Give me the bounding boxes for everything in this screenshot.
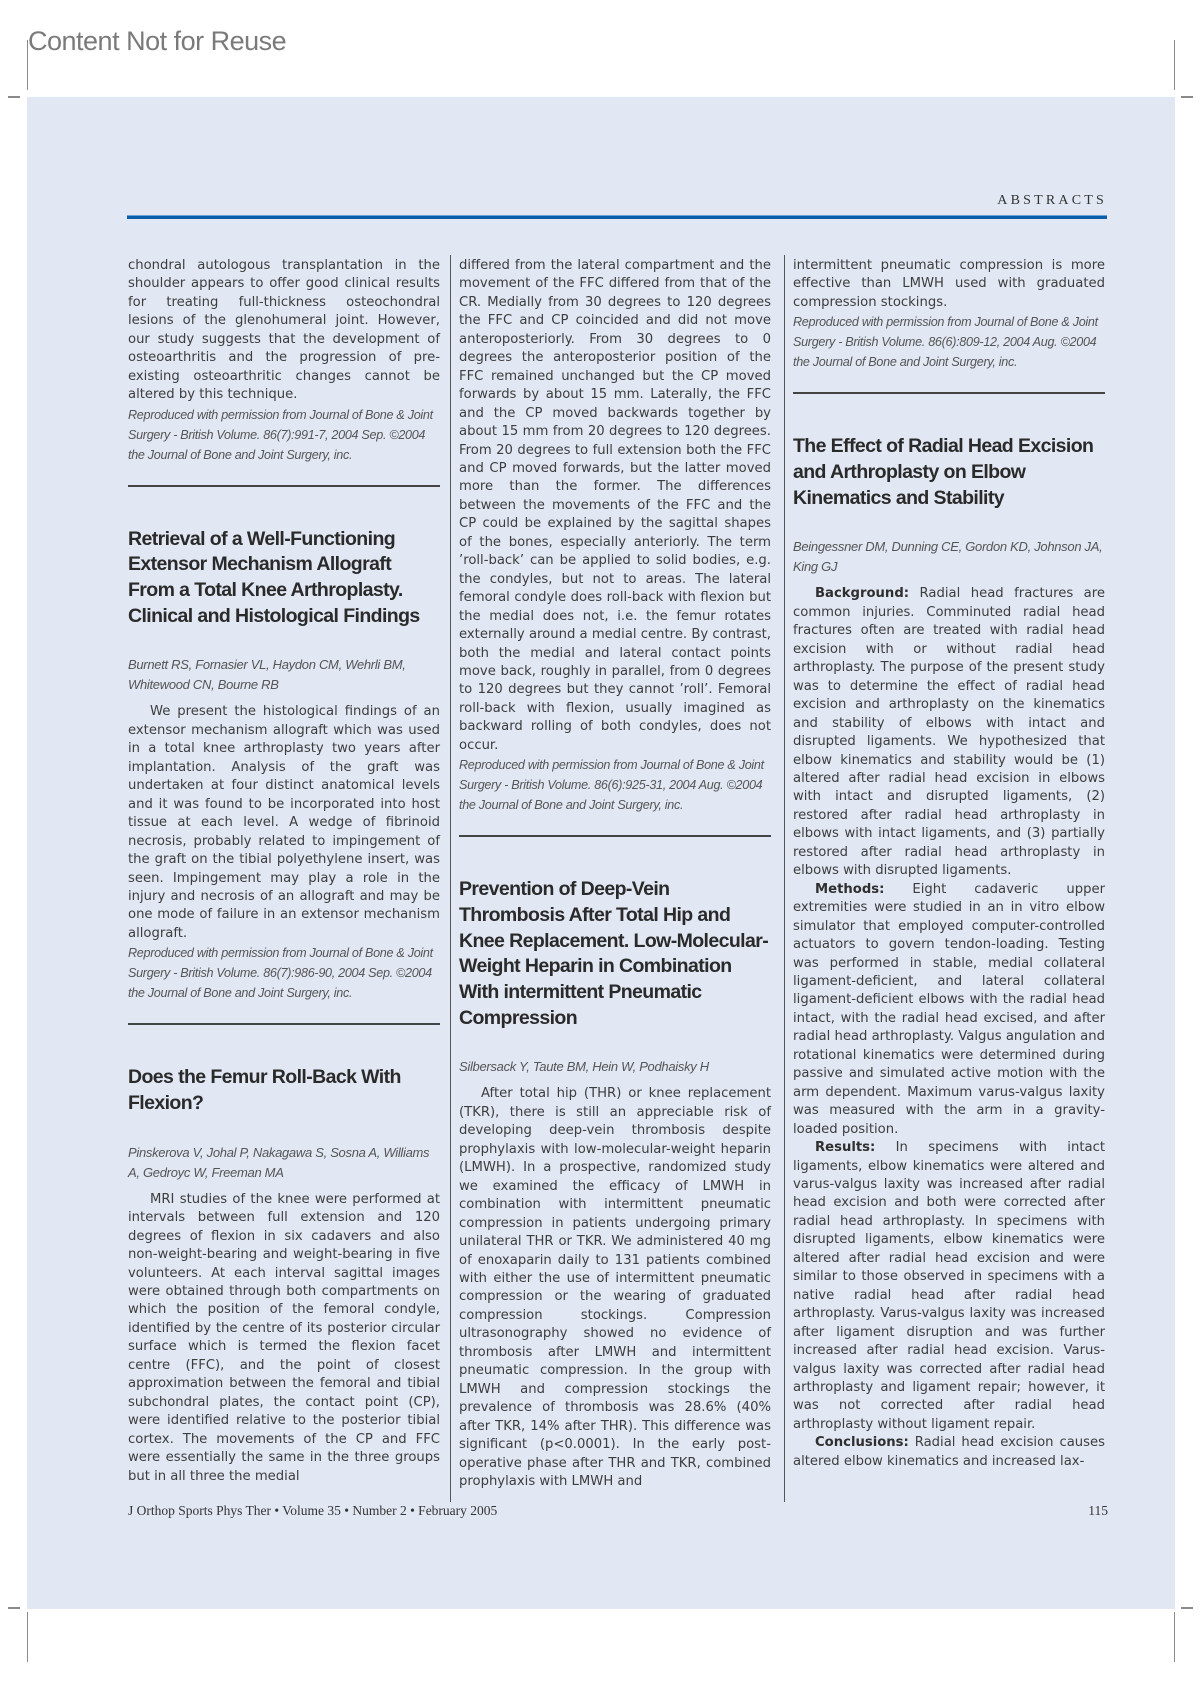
permission-credit: Reproduced with permission from Journal … [459, 755, 771, 815]
running-head: ABSTRACTS [997, 193, 1107, 209]
column-1: chondral autologous transplantation in t… [128, 257, 440, 1486]
article-authors: Beingessner DM, Dunning CE, Gordon KD, J… [793, 537, 1105, 577]
crop-mark [1181, 96, 1193, 98]
crop-mark [27, 1612, 28, 1662]
watermark: Content Not for Reuse [28, 26, 286, 57]
abstract-section-methods: Methods: Eight cadaveric upper extremiti… [793, 881, 1105, 1139]
column-divider [784, 255, 785, 1502]
crop-mark [8, 1607, 20, 1609]
section-separator [793, 392, 1105, 394]
section-separator [128, 1023, 440, 1025]
journal-page: ABSTRACTS chondral autologous transplant… [27, 97, 1175, 1609]
crop-mark [1174, 1612, 1175, 1662]
column-3: intermittent pneumatic compression is mo… [793, 257, 1105, 1471]
section-label: Methods: [815, 882, 884, 897]
page-footer: J Orthop Sports Phys Ther • Volume 35 • … [128, 1503, 1108, 1519]
column-2: differed from the lateral compartment an… [459, 257, 771, 1491]
header-rule [127, 215, 1107, 219]
article-title: Does the Femur Roll-Back With Flexion? [128, 1065, 440, 1116]
crop-mark [1181, 1607, 1193, 1609]
abstract-body: MRI studies of the knee were performed a… [128, 1191, 440, 1486]
abstract-body-continued: differed from the lateral compartment an… [459, 257, 771, 755]
article-authors: Pinskerova V, Johal P, Nakagawa S, Sosna… [128, 1143, 440, 1183]
section-text: Radial head fractures are common injurie… [793, 586, 1105, 878]
article-title: Prevention of Deep-Vein Thrombosis After… [459, 877, 771, 1031]
page-number: 115 [1088, 1503, 1108, 1519]
section-label: Background: [815, 586, 909, 601]
article-authors: Burnett RS, Fornasier VL, Haydon CM, Weh… [128, 655, 440, 695]
permission-credit: Reproduced with permission from Journal … [128, 405, 440, 465]
abstract-section-results: Results: In specimens with intact ligame… [793, 1139, 1105, 1434]
abstract-section-conclusions: Conclusions: Radial head excision causes… [793, 1434, 1105, 1471]
abstract-body: After total hip (THR) or knee replacemen… [459, 1085, 771, 1491]
section-text: Eight cadaveric upper extremities were s… [793, 882, 1105, 1137]
permission-credit: Reproduced with permission from Journal … [793, 312, 1105, 372]
crop-mark [27, 40, 28, 90]
abstract-section-background: Background: Radial head fractures are co… [793, 585, 1105, 880]
article-title: The Effect of Radial Head Excision and A… [793, 434, 1105, 511]
crop-mark [8, 96, 20, 98]
section-label: Conclusions: [815, 1435, 909, 1450]
section-separator [459, 835, 771, 837]
crop-mark [1174, 40, 1175, 90]
continued-abstract-text: chondral autologous transplantation in t… [128, 257, 440, 405]
abstract-body-continued: intermittent pneumatic compression is mo… [793, 257, 1105, 312]
section-label: Results: [815, 1140, 875, 1155]
section-text: In specimens with intact ligaments, elbo… [793, 1140, 1105, 1432]
article-authors: Silbersack Y, Taute BM, Hein W, Podhaisk… [459, 1057, 771, 1077]
permission-credit: Reproduced with permission from Journal … [128, 943, 440, 1003]
abstract-body: We present the histological findings of … [128, 703, 440, 943]
journal-citation: J Orthop Sports Phys Ther • Volume 35 • … [128, 1503, 497, 1519]
section-separator [128, 485, 440, 487]
article-title: Retrieval of a Well-Functioning Extensor… [128, 527, 440, 630]
column-divider [450, 255, 451, 1502]
